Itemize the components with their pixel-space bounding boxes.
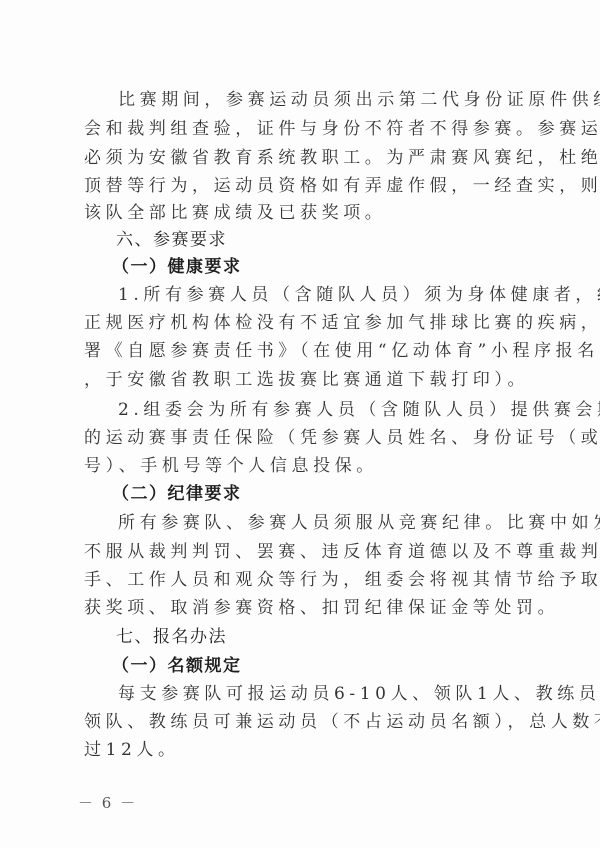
paragraph-line: 该队全部比赛成绩及已获奖项。 [84, 199, 502, 227]
paragraph-line: 领队、教练员可兼运动员（不占运动员名额），总人数不超 [84, 708, 502, 736]
paragraph-line: 所有参赛队、参赛人员须服从竞赛纪律。比赛中如发生 [118, 509, 502, 537]
paragraph-line: 号）、手机号等个人信息投保。 [84, 452, 502, 480]
paragraph-line: 1.所有参赛人员（含随队人员）须为身体健康者，经 [118, 281, 502, 309]
paragraph-line: 2.组委会为所有参赛人员（含随队人员）提供赛会期间 [118, 396, 502, 424]
paragraph-line: 手、工作人员和观众等行为，组委会将视其情节给予取消已 [84, 566, 502, 594]
paragraph-line: 顶替等行为，运动员资格如有弄虚作假，一经查实，则取消 [84, 172, 502, 200]
subsection-heading-quota: （一）名额规定 [112, 652, 242, 680]
paragraph-line: 获奖项、取消参赛资格、扣罚纪律保证金等处罚。 [84, 594, 502, 622]
paragraph-line: ，于安徽省教职工选拔赛比赛通道下载打印）。 [84, 366, 502, 394]
paragraph-line: 比赛期间，参赛运动员须出示第二代身份证原件供组委 [118, 86, 502, 114]
section-heading-7: 七、报名办法 [116, 623, 227, 651]
paragraph-line: 正规医疗机构体检没有不适宜参加气排球比赛的疾病，并签 [84, 309, 502, 337]
paragraph-line: 必须为安徽省教育系统教职工。为严肃赛风赛纪，杜绝冒名 [84, 144, 502, 172]
page-number: － 6 － [78, 792, 137, 814]
paragraph-line: 不服从裁判判罚、罢赛、违反体育道德以及不尊重裁判、对 [84, 538, 502, 566]
paragraph-line: 会和裁判组查验，证件与身份不符者不得参赛。参赛运动员 [84, 115, 502, 143]
paragraph-line: 每支参赛队可报运动员6-10人、领队1人、教练员1人。 [118, 680, 502, 708]
subsection-heading-health: （一）健康要求 [112, 253, 242, 281]
paragraph-line: 署《自愿参赛责任书》（在使用“亿动体育”小程序报名时 [84, 337, 502, 365]
document-page: 比赛期间，参赛运动员须出示第二代身份证原件供组委 会和裁判组查验，证件与身份不符… [0, 0, 600, 848]
paragraph-line: 过12人。 [84, 736, 502, 764]
subsection-heading-discipline: （二）纪律要求 [112, 480, 242, 508]
section-heading-6: 六、参赛要求 [116, 226, 227, 254]
paragraph-line: 的运动赛事责任保险（凭参赛人员姓名、身份证号（或护照 [84, 424, 502, 452]
